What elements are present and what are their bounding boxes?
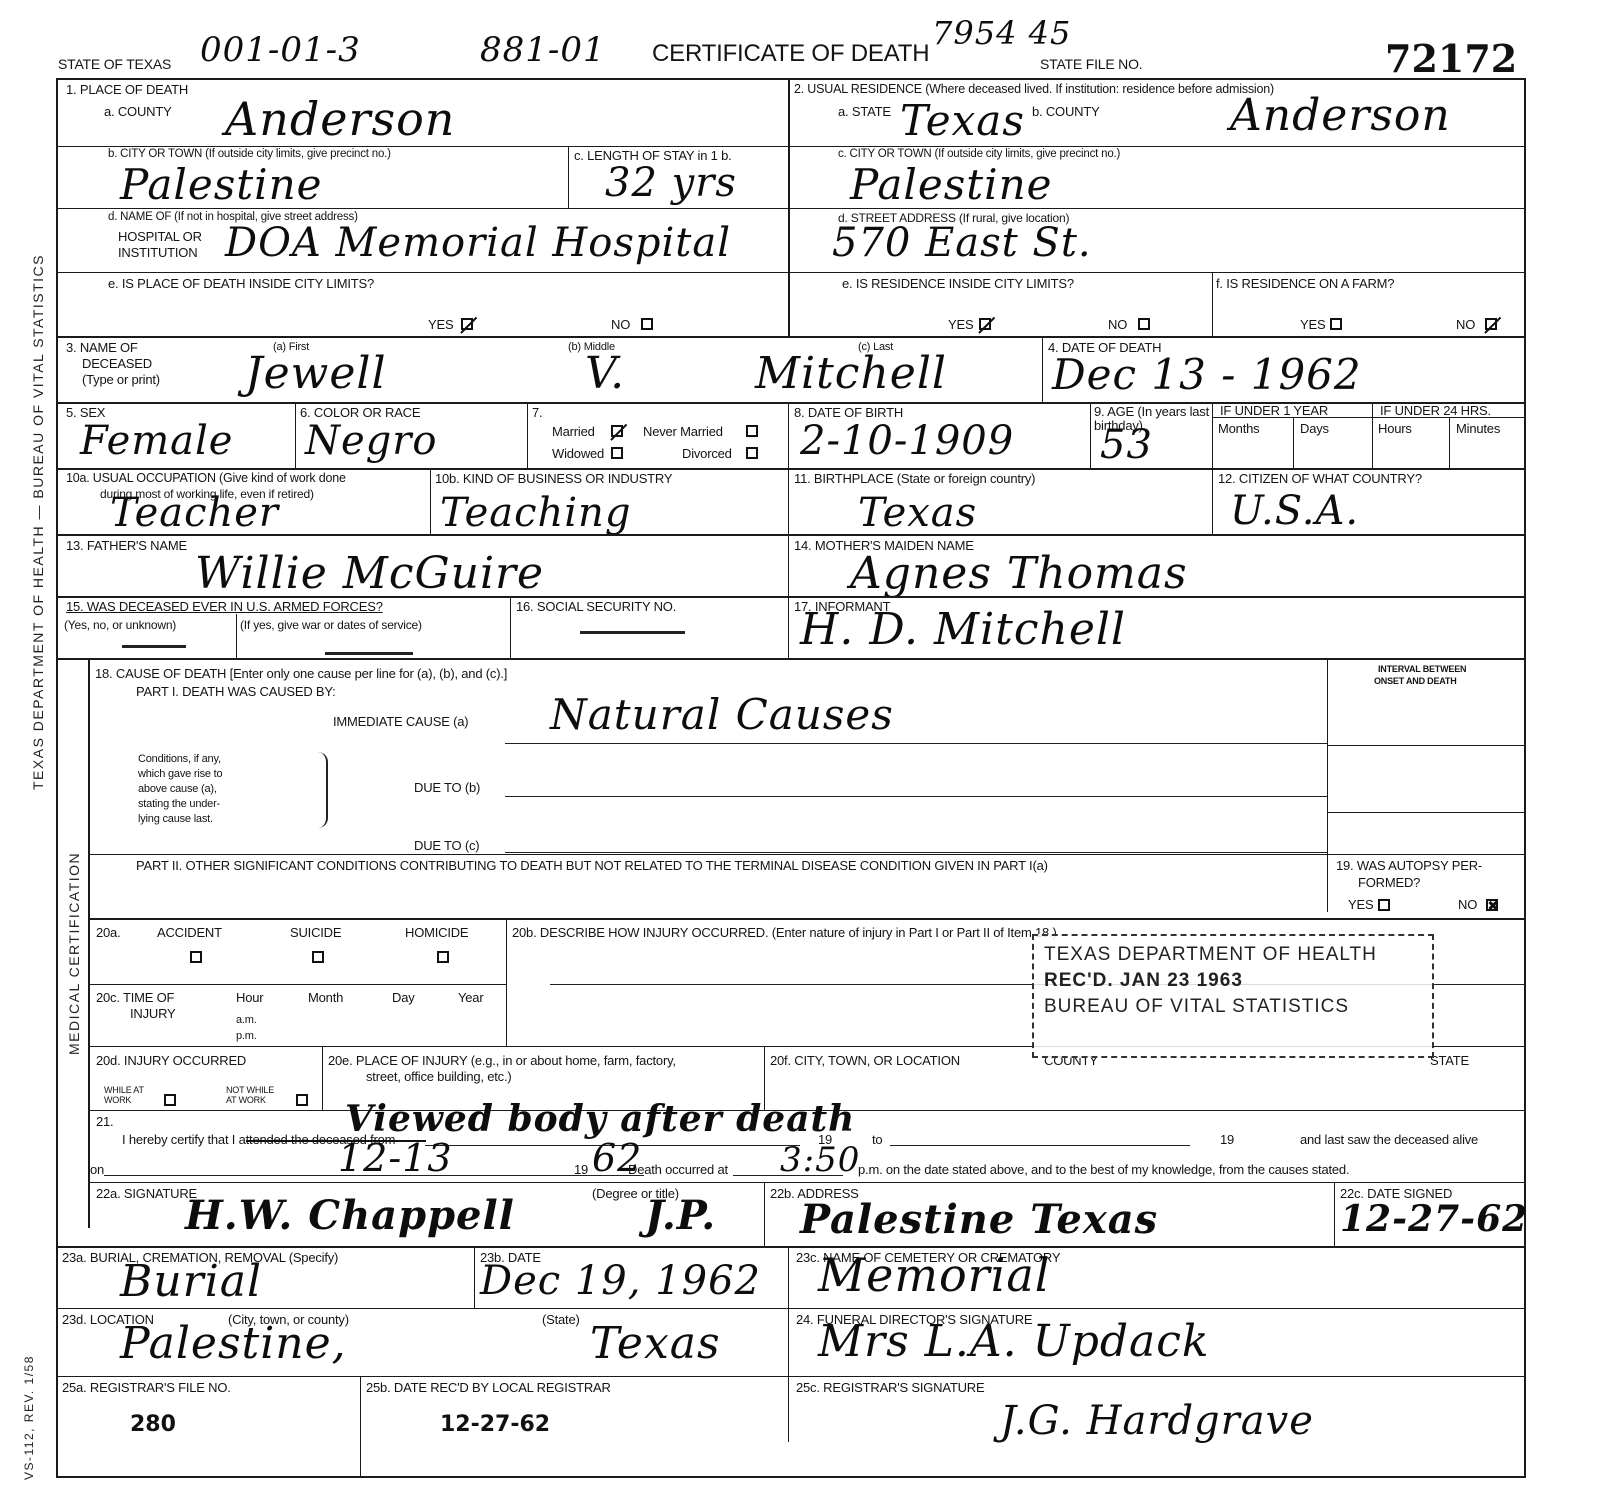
signature-label: 22a. SIGNATURE xyxy=(96,1186,197,1201)
never-married-checkbox[interactable] xyxy=(746,425,758,437)
death-inside-city-no-label: NO xyxy=(611,317,630,332)
registrar-signature-label: 25c. REGISTRAR'S SIGNATURE xyxy=(796,1380,984,1395)
last-name-value: Mitchell xyxy=(755,348,947,399)
autopsy-no-label: NO xyxy=(1458,897,1477,912)
death-time-value: 3:50 xyxy=(780,1140,860,1180)
race-value: Negro xyxy=(305,418,437,464)
state-file-number: 72172 xyxy=(1385,36,1517,81)
cemetery-value: Memorial xyxy=(818,1248,1050,1302)
divider xyxy=(1090,402,1091,468)
residence-county-value: Anderson xyxy=(1230,90,1451,141)
residence-farm-label: f. IS RESIDENCE ON A FARM? xyxy=(1216,276,1394,291)
death-city-value: Palestine xyxy=(120,160,322,209)
usual-residence-label: 2. USUAL RESIDENCE (Where deceased lived… xyxy=(794,82,1274,96)
armed-service-dash xyxy=(325,652,413,655)
divider xyxy=(1449,417,1450,468)
business-value: Teaching xyxy=(440,490,631,536)
divider xyxy=(788,146,1524,147)
autopsy-label-2: FORMED? xyxy=(1358,875,1420,890)
divider xyxy=(788,534,789,596)
autopsy-yes-label: YES xyxy=(1348,897,1373,912)
on-label: on xyxy=(90,1162,104,1177)
city-label: b. CITY OR TOWN (If outside city limits,… xyxy=(108,148,391,160)
street-address-value: 570 East St. xyxy=(832,220,1092,266)
divider xyxy=(1327,658,1328,912)
ssn-dash xyxy=(580,631,685,634)
divider xyxy=(236,614,237,658)
pm-statement: p.m. on the date stated above, and to th… xyxy=(858,1162,1349,1177)
divider xyxy=(788,596,789,658)
length-of-stay-value: 32 yrs xyxy=(605,160,737,206)
occupation-label: 10a. USUAL OCCUPATION (Give kind of work… xyxy=(66,471,346,485)
not-while-at-work-label: NOT WHILE AT WORK xyxy=(226,1085,286,1105)
center-divider-top xyxy=(788,78,790,336)
divider xyxy=(58,658,1524,660)
accident-label: ACCIDENT xyxy=(157,925,222,940)
conditions-note-line: lying cause last. xyxy=(138,812,222,827)
medical-certification-vertical-label: MEDICAL CERTIFICATION xyxy=(66,852,82,1055)
handwritten-code-1: 001-01-3 xyxy=(200,30,361,70)
divider xyxy=(58,596,1524,598)
divider xyxy=(430,468,431,534)
immediate-cause-value: Natural Causes xyxy=(550,690,894,739)
month-label: Month xyxy=(308,990,343,1005)
occupation-value: Teacher xyxy=(110,490,279,536)
divider xyxy=(58,1376,1524,1377)
informant-value: H. D. Mitchell xyxy=(800,604,1126,655)
age-value: 53 xyxy=(1100,422,1153,468)
cause-of-death-label: 18. CAUSE OF DEATH [Enter only one cause… xyxy=(95,666,507,681)
death-county-value: Anderson xyxy=(225,92,455,146)
handwritten-code-2: 881-01 xyxy=(480,30,606,70)
marital-label: 7. xyxy=(532,405,542,420)
type-or-print-label: (Type or print) xyxy=(82,372,160,387)
divider xyxy=(1327,745,1524,746)
under-24-hrs-label: IF UNDER 24 HRS. xyxy=(1380,403,1491,418)
injury-state-label: STATE xyxy=(1430,1053,1469,1068)
citizen-label: 12. CITIZEN OF WHAT COUNTRY? xyxy=(1218,471,1422,486)
conditions-note: Conditions, if any, which gave rise to a… xyxy=(138,752,222,827)
armed-yes-no-label: (Yes, no, or unknown) xyxy=(64,618,176,632)
divider xyxy=(90,984,506,985)
date-recd-value: 12-27-62 xyxy=(440,1412,550,1437)
residence-inside-city-no-checkbox[interactable] xyxy=(1138,318,1150,330)
hour-label: Hour xyxy=(236,990,263,1005)
physician-degree: J.P. xyxy=(645,1192,716,1239)
date-recd-label: 25b. DATE REC'D BY LOCAL REGISTRAR xyxy=(366,1380,611,1395)
divider xyxy=(1042,336,1043,402)
date-of-birth-value: 2-10-1909 xyxy=(800,418,1014,464)
father-name-value: Willie McGuire xyxy=(195,548,544,599)
certify-handwritten-note: Viewed body after death xyxy=(345,1098,855,1140)
sex-value: Female xyxy=(80,418,233,464)
department-vertical-label: TEXAS DEPARTMENT OF HEALTH — BUREAU OF V… xyxy=(30,254,46,790)
divider xyxy=(58,272,1524,273)
describe-injury-label: 20b. DESCRIBE HOW INJURY OCCURRED. (Ente… xyxy=(512,925,1057,940)
death-inside-city-no-checkbox[interactable] xyxy=(641,318,653,330)
not-while-at-work-checkbox[interactable] xyxy=(296,1094,308,1106)
birthplace-label: 11. BIRTHPLACE (State or foreign country… xyxy=(794,471,1035,486)
divider xyxy=(58,146,788,147)
immediate-cause-line xyxy=(505,743,1327,744)
place-of-death-label: 1. PLACE OF DEATH xyxy=(66,82,188,97)
on-date-value: 12-13 xyxy=(338,1136,453,1180)
injury-occurred-label: 20d. INJURY OCCURRED xyxy=(96,1053,246,1068)
pm-label: p.m. xyxy=(236,1030,257,1042)
due-to-b-label: DUE TO (b) xyxy=(414,780,480,795)
birthplace-value: Texas xyxy=(858,490,977,536)
due-to-b-line xyxy=(505,796,1327,797)
father-name-label: 13. FATHER'S NAME xyxy=(66,538,187,553)
immediate-cause-label: IMMEDIATE CAUSE (a) xyxy=(333,714,468,729)
day-label: Day xyxy=(392,990,415,1005)
autopsy-label: 19. WAS AUTOPSY PER- xyxy=(1336,858,1482,873)
stamp-line-2: REC'D. JAN 23 1963 xyxy=(1044,968,1422,994)
am-label: a.m. xyxy=(236,1014,257,1026)
while-at-work-label: WHILE AT WORK xyxy=(104,1085,156,1105)
divider xyxy=(1334,1182,1335,1246)
residence-city-label: c. CITY OR TOWN (If outside city limits,… xyxy=(838,148,1120,160)
divider xyxy=(788,402,789,468)
divider xyxy=(360,1376,361,1476)
residence-inside-city-yes-checkbox[interactable] xyxy=(979,318,991,330)
divider xyxy=(58,208,788,209)
frame-right xyxy=(1524,78,1526,1478)
conditions-note-line: stating the under- xyxy=(138,797,222,812)
time-of-injury-label: 20c. TIME OF xyxy=(96,990,174,1005)
physician-address: Palestine Texas xyxy=(800,1196,1158,1243)
residence-state-value: Texas xyxy=(900,96,1025,145)
homicide-label: HOMICIDE xyxy=(405,925,468,940)
armed-forces-label: 15. WAS DECEASED EVER IN U.S. ARMED FORC… xyxy=(66,599,383,614)
citizen-value: U.S.A. xyxy=(1230,488,1359,534)
location-city-value: Palestine, xyxy=(120,1318,347,1369)
divider xyxy=(764,1182,765,1246)
residence-inside-city-yes-label: YES xyxy=(948,317,973,332)
divider xyxy=(58,468,1524,470)
conditions-note-line: which gave rise to xyxy=(138,767,222,782)
divider xyxy=(568,146,569,208)
divider xyxy=(788,208,1524,209)
never-married-label: Never Married xyxy=(643,424,723,439)
funeral-director-signature: Mrs L.A. Updack xyxy=(818,1316,1210,1367)
frame-bottom xyxy=(56,1476,1526,1478)
suicide-label: SUICIDE xyxy=(290,925,341,940)
under-1-year-label: IF UNDER 1 YEAR xyxy=(1220,403,1328,418)
state-of-texas-label: STATE OF TEXAS xyxy=(58,56,171,72)
divider xyxy=(58,336,1524,338)
to-line xyxy=(890,1145,1190,1146)
year-prefix-label: 19 xyxy=(574,1162,588,1177)
registrar-signature: J.G. Hardgrave xyxy=(1000,1398,1314,1444)
divider xyxy=(90,918,1524,920)
residence-inside-city-no-label: NO xyxy=(1108,317,1127,332)
married-label: Married xyxy=(552,424,595,439)
business-label: 10b. KIND OF BUSINESS OR INDUSTRY xyxy=(435,471,672,486)
divider xyxy=(90,1182,1524,1183)
stamp-line-1: TEXAS DEPARTMENT OF HEALTH xyxy=(1044,942,1422,968)
injury-city-label: 20f. CITY, TOWN, OR LOCATION xyxy=(770,1053,960,1068)
autopsy-yes-checkbox[interactable] xyxy=(1378,899,1390,911)
physician-signature: H.W. Chappell xyxy=(185,1192,515,1239)
divider xyxy=(510,596,511,658)
hospital-label-2: HOSPITAL OR xyxy=(118,229,202,244)
frame-left xyxy=(56,78,58,1478)
year-label: Year xyxy=(458,990,483,1005)
death-inside-city-yes-checkbox[interactable] xyxy=(461,318,473,330)
interval-label: INTERVAL BETWEEN xyxy=(1378,664,1466,674)
hours-label: Hours xyxy=(1378,421,1412,436)
first-name-value: Jewell xyxy=(245,348,387,399)
form-number-label: VS-112, REV. 1/58 xyxy=(22,1355,36,1480)
nineteen-2-label: 19 xyxy=(1220,1132,1234,1147)
location-state-value: Texas xyxy=(590,1318,721,1369)
conditions-note-line: Conditions, if any, xyxy=(138,752,222,767)
burial-date-value: Dec 19, 1962 xyxy=(480,1258,761,1304)
divider xyxy=(295,402,296,468)
farm-yes-checkbox[interactable] xyxy=(1330,318,1342,330)
death-occurred-label: Death occurred at xyxy=(628,1162,728,1177)
divider xyxy=(322,1046,323,1110)
divider xyxy=(1212,272,1213,336)
name-of-deceased-label: 3. NAME OF xyxy=(66,340,138,355)
name-of-deceased-label-2: DECEASED xyxy=(82,356,152,371)
place-of-injury-label-2: street, office building, etc.) xyxy=(366,1069,512,1084)
residence-state-label: a. STATE xyxy=(838,104,891,119)
location-state-label: (State) xyxy=(542,1312,580,1327)
death-inside-city-yes-label: YES xyxy=(428,317,453,332)
stamp-line-3: BUREAU OF VITAL STATISTICS xyxy=(1044,994,1422,1020)
divider xyxy=(527,402,528,468)
residence-county-label: b. COUNTY xyxy=(1032,104,1100,119)
due-to-c-line xyxy=(505,852,1327,853)
time-of-injury-label-2: INJURY xyxy=(130,1006,176,1021)
farm-no-checkbox[interactable] xyxy=(1485,318,1497,330)
divider xyxy=(788,468,789,534)
armed-yes-no-dash xyxy=(122,645,186,648)
certificate-title: CERTIFICATE OF DEATH xyxy=(652,40,929,68)
conditions-note-line: above cause (a), xyxy=(138,782,222,797)
mother-name-value: Agnes Thomas xyxy=(850,548,1188,599)
divider xyxy=(58,1246,1524,1248)
widowed-label: Widowed xyxy=(552,446,604,461)
armed-service-label: (If yes, give war or dates of service) xyxy=(240,618,422,632)
accident-checkbox[interactable] xyxy=(190,951,202,963)
days-label: Days xyxy=(1300,421,1329,436)
divider xyxy=(506,918,507,1046)
farm-yes-label: YES xyxy=(1300,317,1325,332)
part2-label: PART II. OTHER SIGNIFICANT CONDITIONS CO… xyxy=(136,858,1048,873)
widowed-checkbox[interactable] xyxy=(611,447,623,459)
last-saw-label: and last saw the deceased alive xyxy=(1300,1132,1478,1147)
part1-label: PART I. DEATH WAS CAUSED BY: xyxy=(136,684,336,699)
state-file-label: STATE FILE NO. xyxy=(1040,56,1142,72)
divider xyxy=(1212,402,1213,468)
residence-inside-city-label: e. IS RESIDENCE INSIDE CITY LIMITS? xyxy=(842,276,1074,291)
divider xyxy=(90,854,1524,855)
autopsy-no-checkbox[interactable] xyxy=(1486,899,1498,911)
place-of-injury-label: 20e. PLACE OF INJURY (e.g., in or about … xyxy=(328,1053,676,1068)
interval-label-2: ONSET AND DEATH xyxy=(1374,676,1457,686)
date-of-death-value: Dec 13 - 1962 xyxy=(1052,350,1362,399)
divider xyxy=(1212,417,1524,418)
divider xyxy=(58,1308,1524,1309)
brace-icon xyxy=(318,752,328,828)
homicide-checkbox[interactable] xyxy=(437,951,449,963)
divider xyxy=(788,1246,789,1442)
farm-no-label: NO xyxy=(1456,317,1475,332)
date-signed-value: 12-27-62 xyxy=(1340,1198,1528,1240)
hospital-label-3: INSTITUTION xyxy=(118,245,197,260)
residence-city-value: Palestine xyxy=(850,160,1052,209)
divider xyxy=(1327,812,1524,813)
burial-method-value: Burial xyxy=(120,1256,262,1307)
handwritten-number: 7954 45 xyxy=(932,14,1071,52)
cert-21-label: 21. xyxy=(96,1114,113,1129)
months-label: Months xyxy=(1218,421,1259,436)
minutes-label: Minutes xyxy=(1456,421,1500,436)
medical-cert-border xyxy=(88,658,90,1228)
divorced-label: Divorced xyxy=(682,446,732,461)
registrar-file-label: 25a. REGISTRAR'S FILE NO. xyxy=(62,1380,231,1395)
hospital-value: DOA Memorial Hospital xyxy=(225,220,731,266)
divider xyxy=(1372,402,1373,468)
due-to-c-label: DUE TO (c) xyxy=(414,838,479,853)
divider xyxy=(474,1246,475,1308)
ssn-label: 16. SOCIAL SECURITY NO. xyxy=(516,599,676,614)
divider xyxy=(58,534,1524,536)
frame-top xyxy=(56,78,1526,80)
county-label: a. COUNTY xyxy=(104,104,172,119)
received-stamp: TEXAS DEPARTMENT OF HEALTH REC'D. JAN 23… xyxy=(1032,934,1434,1058)
divider xyxy=(1293,417,1294,468)
to-label: to xyxy=(872,1132,882,1147)
divorced-checkbox[interactable] xyxy=(746,447,758,459)
inside-city-limits-label: e. IS PLACE OF DEATH INSIDE CITY LIMITS? xyxy=(108,276,374,291)
registrar-file-value: 280 xyxy=(130,1412,176,1437)
suicide-checkbox[interactable] xyxy=(312,951,324,963)
divider xyxy=(1212,468,1213,534)
married-checkbox[interactable] xyxy=(611,425,623,437)
while-at-work-checkbox[interactable] xyxy=(164,1094,176,1106)
injury-20a-label: 20a. xyxy=(96,925,121,940)
middle-name-value: V. xyxy=(585,348,625,399)
